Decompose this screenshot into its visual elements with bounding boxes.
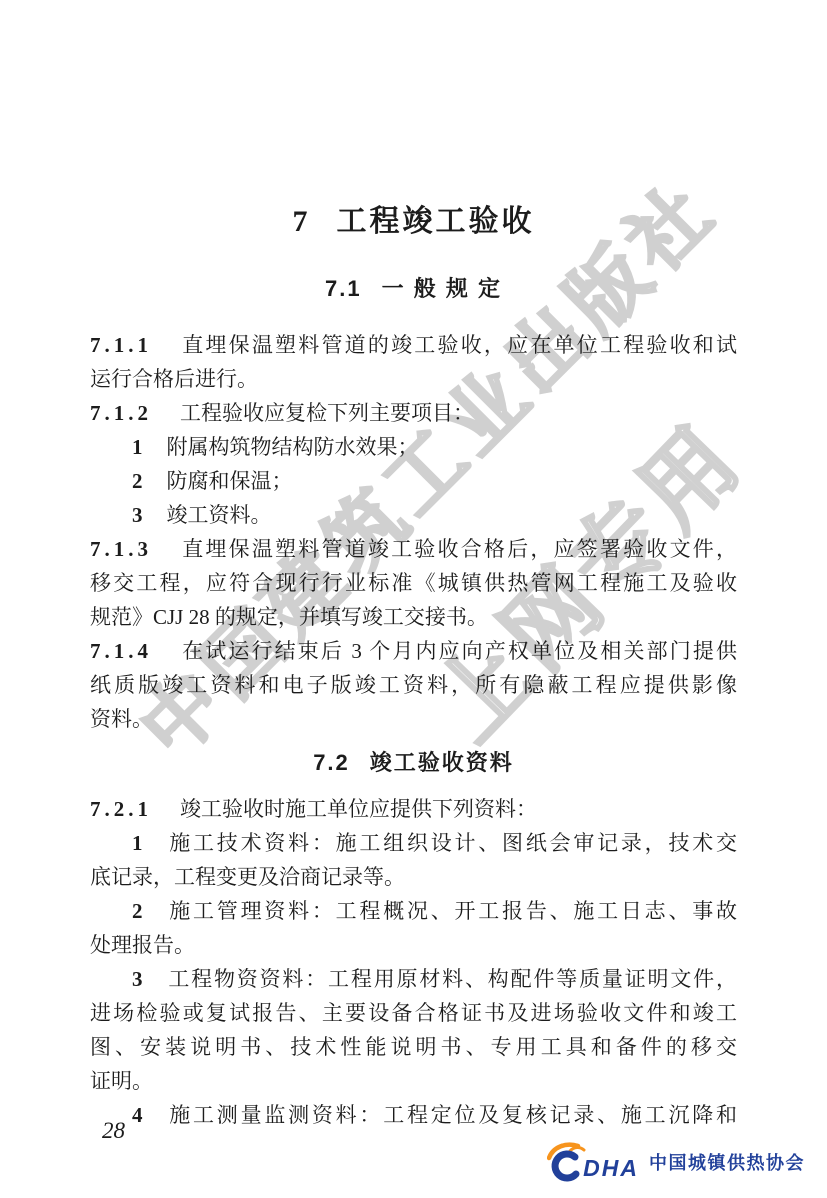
clause-paragraph: 7.1.4在试运行结束后 3 个月内应向产权单位及相关部门提供纸质版竣工资料和电… — [90, 634, 737, 736]
clause-paragraph: 7.1.3直埋保温塑料管道竣工验收合格后，应签署验收文件，移交工程，应符合现行行… — [90, 532, 737, 634]
text-line: 图、安装说明书、技术性能说明书、专用工具和备件的移交 — [90, 1030, 737, 1064]
page-content: 7工程竣工验收 7.1一 般 规 定7.1.1直埋保温塑料管道的竣工验收，应在单… — [90, 190, 737, 1132]
text-line: 处理报告。 — [90, 928, 737, 962]
text-line: 3竣工资料。 — [90, 498, 737, 532]
text-line: 1施工技术资料：施工组织设计、图纸会审记录，技术交 — [90, 826, 737, 860]
clause-number: 7.2.1 — [90, 797, 152, 821]
list-item-paragraph: 4施工测量监测资料：工程定位及复核记录、施工沉降和 — [90, 1098, 737, 1132]
text-line: 7.1.1直埋保温塑料管道的竣工验收，应在单位工程验收和试 — [90, 328, 737, 362]
section-title-text: 一 般 规 定 — [382, 276, 502, 301]
section-heading-7-2: 7.2竣工验收资料 — [90, 748, 737, 778]
section-number: 7.1 — [325, 276, 362, 301]
text-line: 2防腐和保温； — [90, 464, 737, 498]
section-number: 7.2 — [313, 750, 350, 775]
list-item-paragraph: 2施工管理资料：工程概况、开工报告、施工日志、事故处理报告。 — [90, 894, 737, 962]
clause-number: 7.1.4 — [90, 639, 152, 663]
section-title-text: 竣工验收资料 — [370, 750, 514, 775]
text-line: 7.1.4在试运行结束后 3 个月内应向产权单位及相关部门提供 — [90, 634, 737, 668]
list-item-paragraph: 2防腐和保温； — [90, 464, 737, 498]
text-line: 7.2.1竣工验收时施工单位应提供下列资料： — [90, 792, 737, 826]
item-number: 3 — [132, 503, 143, 527]
clause-paragraph: 7.1.1直埋保温塑料管道的竣工验收，应在单位工程验收和试运行合格后进行。 — [90, 328, 737, 396]
text-line: 移交工程，应符合现行行业标准《城镇供热管网工程施工及验收 — [90, 566, 737, 600]
list-item-paragraph: 3工程物资资料：工程用原材料、构配件等质量证明文件，进场检验或复试报告、主要设备… — [90, 962, 737, 1098]
chapter-title: 7工程竣工验收 — [90, 204, 737, 240]
item-number: 2 — [132, 899, 143, 923]
text-line: 7.1.3直埋保温塑料管道竣工验收合格后，应签署验收文件， — [90, 532, 737, 566]
chapter-title-text: 工程竣工验收 — [337, 205, 535, 238]
clause-paragraph: 7.1.2工程验收应复检下列主要项目： — [90, 396, 737, 430]
chapter-number: 7 — [293, 205, 311, 238]
item-number: 4 — [132, 1103, 143, 1127]
list-item-paragraph: 1附属构筑物结构防水效果； — [90, 430, 737, 464]
text-line: 底记录，工程变更及洽商记录等。 — [90, 860, 737, 894]
text-line: 规范》CJJ 28 的规定，并填写竣工交接书。 — [90, 600, 737, 634]
clause-number: 7.1.1 — [90, 333, 152, 357]
text-line: 7.1.2工程验收应复检下列主要项目： — [90, 396, 737, 430]
clause-number: 7.1.3 — [90, 537, 152, 561]
document-page: 中国建筑工业出版社 上网专用 7工程竣工验收 7.1一 般 规 定7.1.1直埋… — [0, 0, 827, 1198]
item-number: 1 — [132, 831, 143, 855]
item-number: 3 — [132, 967, 143, 991]
text-line: 1附属构筑物结构防水效果； — [90, 430, 737, 464]
clause-paragraph: 7.2.1竣工验收时施工单位应提供下列资料： — [90, 792, 737, 826]
dha-association-logo: DHA 中国城镇供热协会 — [547, 1142, 805, 1182]
text-line: 3工程物资资料：工程用原材料、构配件等质量证明文件， — [90, 962, 737, 996]
text-line: 资料。 — [90, 702, 737, 736]
clause-number: 7.1.2 — [90, 401, 152, 425]
page-number: 28 — [102, 1118, 125, 1144]
section-heading-7-1: 7.1一 般 规 定 — [90, 274, 737, 304]
sections-container: 7.1一 般 规 定7.1.1直埋保温塑料管道的竣工验收，应在单位工程验收和试运… — [90, 274, 737, 1132]
item-number: 2 — [132, 469, 143, 493]
text-line: 纸质版竣工资料和电子版竣工资料，所有隐蔽工程应提供影像 — [90, 668, 737, 702]
list-item-paragraph: 3竣工资料。 — [90, 498, 737, 532]
text-line: 证明。 — [90, 1064, 737, 1098]
text-line: 4施工测量监测资料：工程定位及复核记录、施工沉降和 — [90, 1098, 737, 1132]
text-line: 进场检验或复试报告、主要设备合格证书及进场验收文件和竣工 — [90, 996, 737, 1030]
list-item-paragraph: 1施工技术资料：施工组织设计、图纸会审记录，技术交底记录，工程变更及洽商记录等。 — [90, 826, 737, 894]
dha-logo-name: 中国城镇供热协会 — [649, 1149, 805, 1175]
text-line: 运行合格后进行。 — [90, 362, 737, 396]
text-line: 2施工管理资料：工程概况、开工报告、施工日志、事故 — [90, 894, 737, 928]
dha-logo-abbr: DHA — [583, 1155, 639, 1182]
item-number: 1 — [132, 435, 143, 459]
